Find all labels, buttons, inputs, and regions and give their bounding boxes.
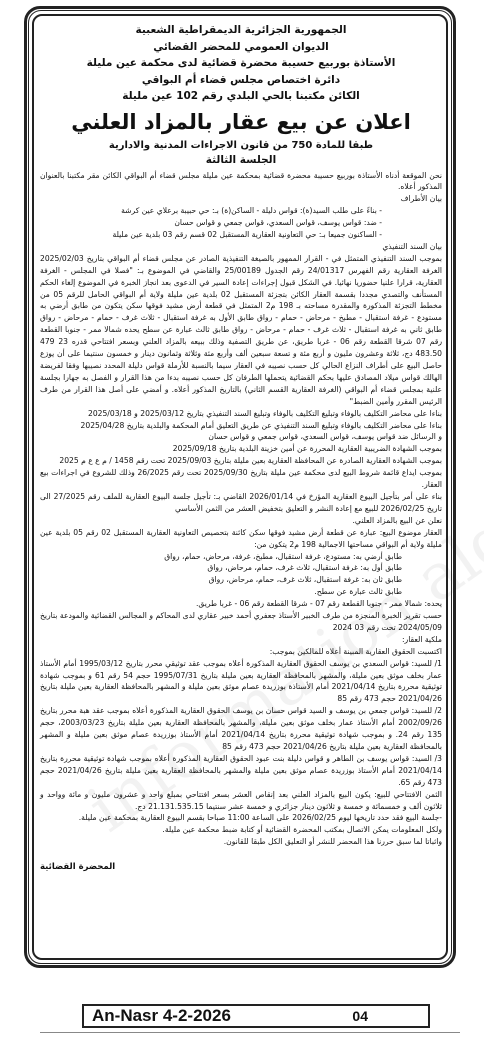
title-paragraph: بموجب السند التنفيذي المتمثل في - القرار… (40, 253, 442, 408)
sale-session-date: -جلسة البيع فقد حدد تاريخها ليوم 2026/02… (40, 812, 442, 824)
header-line: دائرة اختصاص مجلس قضاء أم البواقي (40, 72, 442, 89)
bottom-rule (40, 1032, 460, 1033)
ownership-intro: اكتسبت الحقوق العقارية المبينة أعلاه للم… (40, 646, 442, 658)
page-title: اعلان عن بيع عقار بالمزاد العلني (40, 107, 442, 137)
publication-footer: An-Nasr 4-2-2026 04 (82, 1004, 430, 1028)
opening-price: الثمن الافتتاحي للبيع: يكون البيع بالمزا… (40, 789, 442, 813)
notice-line: بناء على أمر بتأجيل البيوع العقارية المؤ… (40, 491, 442, 515)
ownership-entry: 3/ السيد: قواس يوسف بن الطاهر و قواس دلي… (40, 753, 442, 789)
property-description: العقار موضوع البيع: عبارة عن قطعة أرض مش… (40, 527, 442, 551)
intro-paragraph: نحن الموقعة أدناه الأستاذة بوربيع حسيبة … (40, 170, 442, 194)
floor-line: طابق ثالث عبارة عن سطح. (40, 586, 442, 598)
ownership-entry: 1/ للسيد: قواس السعدي بن يوسف الحقوق الع… (40, 658, 442, 706)
party-line: - الساكنون جميعا بـ: حي التعاونية العقار… (40, 229, 442, 241)
header-line: الأستاذة بوربيع حسيبة محضرة قضائية لدى م… (40, 55, 442, 72)
announce-line: نعلن عن البيع بالمزاد العلني. (40, 515, 442, 527)
title-heading: بيان السند التنفيذي (40, 241, 442, 253)
parties-heading: بيان الأطراف (40, 193, 442, 205)
page-number: 04 (352, 1008, 368, 1024)
boundaries: يحده: شمالا ممر - جنوبا القطعة رقم 07 - … (40, 598, 442, 610)
notice-line: بناءا على محاضر التكليف بالوفاء وتبليغ ا… (40, 420, 442, 432)
signature: المحضرة القضائية (40, 862, 442, 872)
ownership-entry: 2/ للسيد: قواس جمعي بن يوسف و السيد قواس… (40, 705, 442, 753)
letterhead: الجمهورية الجزائرية الديمقراطية الشعبية … (40, 22, 442, 105)
legal-basis: طبقا للمادة 750 من قانون الاجراءات المدن… (40, 138, 442, 153)
closing-statement: واثباتا لما سبق حررنا هذا المحضر للنشر أ… (40, 836, 442, 848)
ownership-heading: ملكية العقار: (40, 634, 442, 646)
notice-line: بناءا على محاضر التكليف بالوفاء وتبليغ ا… (40, 408, 442, 420)
notice-line: بموجب ايداع قائمة شروط البيع لدى محكمة ع… (40, 467, 442, 491)
header-line: الديوان العمومي للمحضر القضائي (40, 39, 442, 56)
publication-name-date: An-Nasr 4-2-2026 (92, 1006, 231, 1026)
notice-line: و الرسائل ضد قواس يوسف، قواس السعدي، قوا… (40, 431, 442, 443)
session-label: الجلسة الثالثة (40, 153, 442, 168)
expert-report: حسب تقرير الخبرة المنجزة من طرف الخبير ا… (40, 610, 442, 634)
floor-line: طابق أرضي به: مستودع، غرفة استقبال، مطبخ… (40, 551, 442, 563)
header-line: الجمهورية الجزائرية الديمقراطية الشعبية (40, 22, 442, 39)
contact-info: ولكل المعلومات يمكن الاتصال بمكتب المحضر… (40, 824, 442, 836)
party-line: - بناءً على طلب السيد(ة): قواس دليلة - ا… (40, 205, 442, 217)
notice-line: بموجب الشهادة الضريبية العقارية المحررة … (40, 443, 442, 455)
notice-line: بموجب الشهادة العقارية الصادرة عن المحاف… (40, 455, 442, 467)
header-line: الكائن مكتبنا بالحي البلدي رقم 102 عين م… (40, 88, 442, 105)
party-line: - ضد: قواس يوسف، قواس السعدي، قواس جمعي … (40, 217, 442, 229)
floor-line: طابق أول به: غرفة استقبال، ثلاث غرف، حما… (40, 562, 442, 574)
floor-line: طابق ثان به: غرفة استقبال، ثلاث غرف، حما… (40, 574, 442, 586)
announcement-body: نحن الموقعة أدناه الأستاذة بوربيع حسيبة … (40, 170, 442, 849)
announcement: الجمهورية الجزائرية الديمقراطية الشعبية … (40, 22, 442, 872)
